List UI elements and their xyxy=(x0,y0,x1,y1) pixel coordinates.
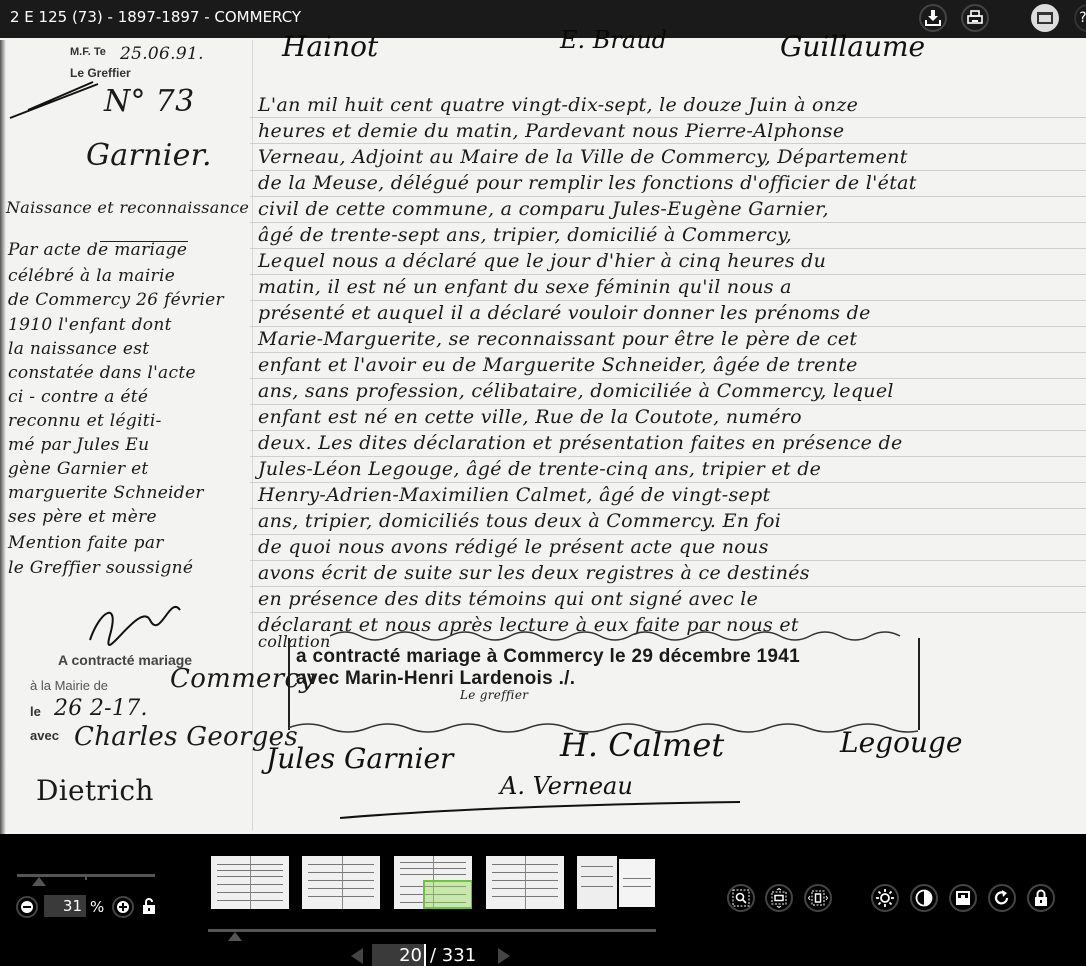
page-total-label: / 331 xyxy=(430,944,476,966)
zoom-selection-button[interactable] xyxy=(727,884,755,912)
signature-legouge: Legouge xyxy=(840,726,962,759)
act-body-line: matin, il est né un enfant du sexe fémin… xyxy=(258,276,792,298)
ruled-line xyxy=(250,248,1086,249)
act-body-line: Jules-Léon Legouge, âgé de trente-cinq a… xyxy=(258,458,821,480)
stamp-date: 25.06.91. xyxy=(120,44,204,64)
thumbnail-page[interactable] xyxy=(211,856,289,909)
ruled-line xyxy=(250,378,1086,379)
act-body-line: en présence des dits témoins qui ont sig… xyxy=(258,588,758,610)
zoom-lock-button[interactable] xyxy=(142,897,156,919)
plus-circle-icon xyxy=(116,900,130,914)
ruled-line xyxy=(250,508,1086,509)
contrast-button[interactable] xyxy=(910,884,938,912)
download-button[interactable] xyxy=(919,4,947,32)
margin-note-line: le Greffier soussigné xyxy=(8,558,193,578)
ruled-line xyxy=(250,560,1086,561)
brightness-button[interactable] xyxy=(871,884,899,912)
stamp-mairie-hand: Commercy xyxy=(170,664,314,694)
act-body-line: âgé de trente-sept ans, tripier, domicil… xyxy=(258,224,792,246)
stamp-mairie: à la Mairie de xyxy=(30,678,108,693)
zoom-slider-tick xyxy=(85,876,87,880)
fit-height-icon xyxy=(770,888,788,908)
thumbnail-page[interactable] xyxy=(486,856,564,909)
margin-note-line: gène Garnier et xyxy=(8,459,149,479)
page-slider-handle[interactable] xyxy=(228,932,242,941)
ruled-line xyxy=(250,612,1086,613)
act-body-line: heures et demie du matin, Pardevant nous… xyxy=(258,120,844,142)
zoom-in-button[interactable] xyxy=(112,896,134,918)
signature-calmet: H. Calmet xyxy=(560,726,724,764)
act-body-line: Henry-Adrien-Maximilien Calmet, âgé de v… xyxy=(258,484,770,506)
stamp-date-hand: 26 2-17. xyxy=(54,696,148,721)
minus-circle-icon xyxy=(20,900,34,914)
margin-note-line: constatée dans l'acte xyxy=(8,363,196,383)
invert-icon xyxy=(955,890,971,906)
print-button[interactable] xyxy=(961,4,989,32)
page-slider-track[interactable] xyxy=(208,929,656,932)
thumbnail-page-current[interactable] xyxy=(394,856,472,909)
margin-note-line: reconnu et légiti- xyxy=(8,411,162,431)
title-bar: 2 E 125 (73) - 1897-1897 - COMMERCY ? xyxy=(0,0,1086,38)
rotate-icon xyxy=(993,889,1011,907)
thumbnail-page[interactable] xyxy=(302,856,380,909)
ruled-line xyxy=(250,300,1086,301)
act-body-line: ans, sans profession, célibataire, domic… xyxy=(258,380,894,402)
act-body-line: de quoi nous avons rédigé le présent act… xyxy=(258,536,769,558)
annotation-line: avec Marin-Henri Lardenois ./. xyxy=(296,668,575,690)
thumbnail-page[interactable] xyxy=(577,856,655,909)
ruled-line xyxy=(250,352,1086,353)
ruled-line xyxy=(250,534,1086,535)
rotate-button[interactable] xyxy=(988,884,1016,912)
annotation-signer: Le greffier xyxy=(460,688,528,702)
stamp-greffier: Le Greffier xyxy=(70,66,131,80)
print-icon xyxy=(966,9,984,27)
lock-button[interactable] xyxy=(1027,884,1055,912)
act-body-line: Verneau, Adjoint au Maire de la Ville de… xyxy=(258,146,908,168)
ruled-line xyxy=(250,274,1086,275)
ruled-line xyxy=(250,430,1086,431)
ruled-line xyxy=(250,404,1086,405)
ruled-line xyxy=(250,326,1086,327)
stamp-le: le xyxy=(30,704,41,719)
document-viewer[interactable]: M.F. Te 25.06.91. Le Greffier N° 73 Garn… xyxy=(0,0,1086,834)
download-icon xyxy=(924,9,942,27)
zoom-out-button[interactable] xyxy=(16,896,38,918)
ruled-line xyxy=(250,222,1086,223)
ruled-line xyxy=(250,196,1086,197)
act-body-line: Marie-Marguerite, se reconnaissant pour … xyxy=(258,328,857,350)
act-body-line: deux. Les dites déclaration et présentat… xyxy=(258,432,903,454)
act-body-line: civil de cette commune, a comparu Jules-… xyxy=(258,198,829,220)
page-edge-shadow xyxy=(0,40,6,834)
margin-note-line: célébré à la mairie xyxy=(8,266,175,286)
margin-note-line: ses père et mère xyxy=(8,507,157,527)
act-body-line: présenté et auquel il a déclaré vouloir … xyxy=(258,302,871,324)
margin-note-line: ci - contre a été xyxy=(8,387,148,407)
act-body-line: avons écrit de suite sur les deux regist… xyxy=(258,562,810,584)
stamp-spouse-surname: Dietrich xyxy=(36,774,154,807)
act-number: N° 73 xyxy=(104,84,194,119)
zoom-percent-label: % xyxy=(90,898,104,916)
act-body-line: de la Meuse, délégué pour remplir les fo… xyxy=(258,172,917,194)
act-surname: Garnier. xyxy=(86,138,212,173)
marriage-annotation-box: a contracté mariage à Commercy le 29 déc… xyxy=(288,638,920,730)
margin-note-line: mé par Jules Eu xyxy=(8,435,149,455)
margin-note-line: Mention faite par xyxy=(8,533,164,553)
act-body-line: enfant et l'avoir eu de Marguerite Schne… xyxy=(258,354,858,376)
ruled-line xyxy=(250,117,1086,118)
next-page-button[interactable] xyxy=(498,948,510,964)
margin-rule xyxy=(252,40,253,830)
document-title: 2 E 125 (73) - 1897-1897 - COMMERCY xyxy=(10,8,301,26)
stamp-avec: avec xyxy=(30,728,59,743)
stamp-signature-stroke xyxy=(8,80,103,120)
stamp-mf: M.F. Te xyxy=(70,46,106,58)
invert-button[interactable] xyxy=(949,884,977,912)
signature-flourish xyxy=(340,790,760,820)
stamp-spouse-hand: Charles Georges xyxy=(74,722,298,752)
margin-note-line: Par acte de mariage xyxy=(8,240,187,260)
contrast-icon xyxy=(915,889,933,907)
page-number-input[interactable]: 20 xyxy=(372,944,426,966)
act-body-line: enfant est né en cette ville, Rue de la … xyxy=(258,406,802,428)
zoom-slider-handle[interactable] xyxy=(32,877,46,886)
margin-note-line: marguerite Schneider xyxy=(8,483,204,503)
act-body-line: Lequel nous a déclaré que le jour d'hier… xyxy=(258,250,826,272)
zoom-selection-icon xyxy=(732,889,750,907)
previous-page-button[interactable] xyxy=(351,948,363,964)
act-body-line: L'an mil huit cent quatre vingt-dix-sept… xyxy=(258,94,858,116)
viewport-indicator[interactable] xyxy=(423,880,472,909)
sun-icon xyxy=(875,888,895,908)
fit-width-icon xyxy=(808,889,828,907)
margin-note-line: la naissance est xyxy=(8,339,149,359)
margin-note-line: de Commercy 26 février xyxy=(8,290,224,310)
fullscreen-toggle-button[interactable] xyxy=(1031,4,1059,32)
ruled-line xyxy=(250,143,1086,144)
act-body-line: ans, tripier, domiciliés tous deux à Com… xyxy=(258,510,781,532)
act-type: Naissance et reconnaissance xyxy=(6,198,249,217)
window-icon xyxy=(1036,11,1054,25)
lock-icon xyxy=(1034,889,1048,907)
ruled-line xyxy=(250,482,1086,483)
ruled-line xyxy=(250,170,1086,171)
unlock-icon xyxy=(142,897,156,915)
ruled-line xyxy=(250,456,1086,457)
zoom-level-input[interactable]: 31 xyxy=(44,895,86,917)
fit-height-button[interactable] xyxy=(765,884,793,912)
help-icon: ? xyxy=(1079,10,1086,26)
margin-note-line: 1910 l'enfant dont xyxy=(8,315,172,335)
fit-width-button[interactable] xyxy=(804,884,832,912)
margin-signature-scribble xyxy=(80,590,190,650)
ruled-line xyxy=(250,586,1086,587)
help-button[interactable]: ? xyxy=(1074,4,1086,32)
signature-jules-garnier: Jules Garnier xyxy=(266,742,453,775)
annotation-line: a contracté mariage à Commercy le 29 déc… xyxy=(296,646,800,668)
